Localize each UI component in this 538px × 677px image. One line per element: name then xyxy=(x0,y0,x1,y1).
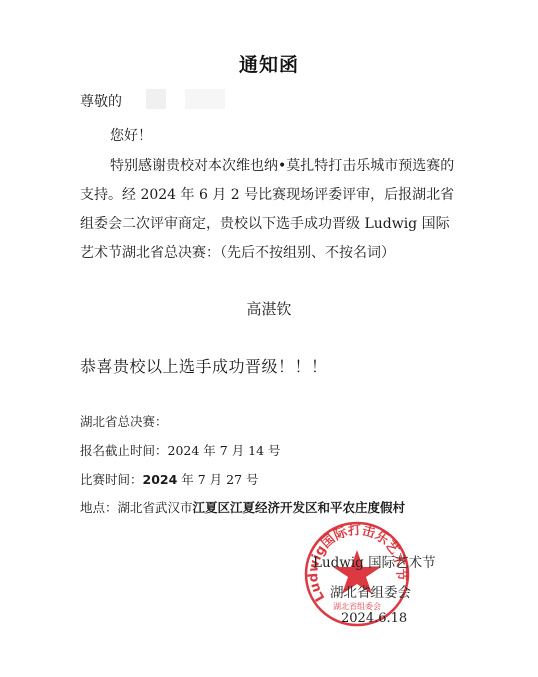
student-name: 高湛钦 xyxy=(0,298,538,319)
competition-time: 比赛时间：2024 年 7 月 27 号 xyxy=(80,470,259,488)
location-value-bold: 江夏区江夏经济开发区和平农庄度假村 xyxy=(193,500,406,515)
signature-org-line1: Ludwig 国际艺术节 xyxy=(313,551,436,571)
competition-year: 2024 xyxy=(143,472,178,487)
location-value-normal: 湖北省武汉市 xyxy=(118,500,193,515)
location-label: 地点： xyxy=(80,500,118,515)
registration-deadline-label: 报名截止时间： xyxy=(80,443,168,458)
congratulations-line: 恭喜贵校以上选手成功晋级！！！ xyxy=(80,354,328,377)
svg-text:湖北省组委会: 湖北省组委会 xyxy=(333,601,381,611)
notice-letter-page: 通知函 尊敬的 您好！ 特别感谢贵校对本次维也纳•莫扎特打击乐城市预选赛的支持。… xyxy=(0,0,538,677)
competition-time-label: 比赛时间： xyxy=(80,472,143,487)
final-heading: 湖北省总决赛： xyxy=(80,412,168,430)
body-paragraph: 特别感谢贵校对本次维也纳•莫扎特打击乐城市预选赛的支持。经 2024 年 6 月… xyxy=(80,152,460,268)
signature-org-line2: 湖北省组委会 xyxy=(330,581,411,601)
signature-date: 2024.6.18 xyxy=(341,611,407,626)
letter-title: 通知函 xyxy=(0,50,538,77)
redacted-block xyxy=(146,89,166,109)
competition-date-rest: 年 7 月 27 号 xyxy=(177,472,258,487)
redacted-block xyxy=(185,89,225,109)
greeting: 您好！ xyxy=(110,125,152,145)
salutation: 尊敬的 xyxy=(80,91,122,111)
registration-deadline: 报名截止时间：2024 年 7 月 14 号 xyxy=(80,441,281,459)
location: 地点：湖北省武汉市江夏区江夏经济开发区和平农庄度假村 xyxy=(80,498,405,516)
registration-deadline-value: 2024 年 7 月 14 号 xyxy=(168,443,281,458)
